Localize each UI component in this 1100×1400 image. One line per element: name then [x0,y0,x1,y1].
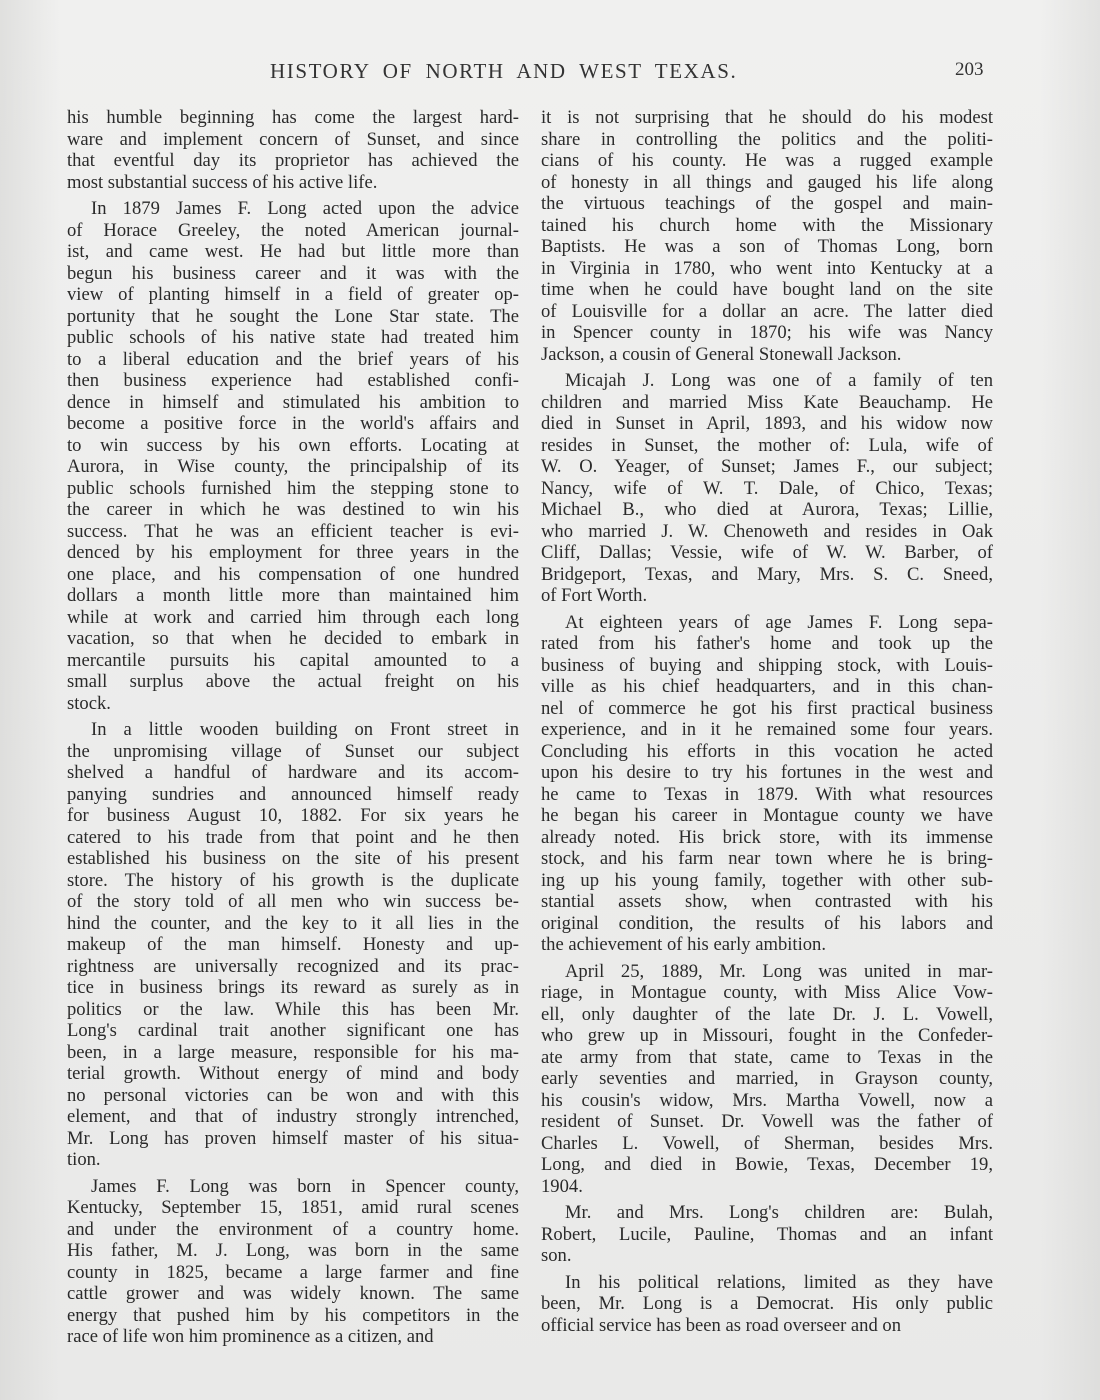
text-line: while at work and carried him through ea… [67,607,519,629]
text-line: been, in a large measure, responsible fo… [67,1042,519,1064]
text-line: early seventies and married, in Grayson … [541,1068,993,1090]
text-line: stock. [67,693,519,715]
paragraph: James F. Long was born in Spencer county… [67,1176,519,1348]
text-line: hind the counter, and the key to it all … [67,913,519,935]
text-line: Mr. and Mrs. Long's children are: Bulah, [541,1202,993,1224]
text-line: no personal victories can be won and wit… [67,1085,519,1107]
text-line: his cousin's widow, Mrs. Martha Vowell, … [541,1090,993,1112]
text-line: energy that pushed him by his competitor… [67,1305,519,1327]
text-line: Kentucky, September 15, 1851, amid rural… [67,1197,519,1219]
text-line: Concluding his efforts in this vocation … [541,741,993,763]
text-line: to a liberal education and the brief yea… [67,349,519,371]
text-line: resides in Sunset, the mother of: Lula, … [541,435,993,457]
text-line: cians of his county. He was a rugged exa… [541,150,993,172]
text-line: original condition, the results of his l… [541,913,993,935]
text-line: In 1879 James F. Long acted upon the adv… [67,198,519,220]
text-line: of the story told of all men who win suc… [67,891,519,913]
text-line: denced by his employment for three years… [67,542,519,564]
text-line: Jackson, a cousin of General Stonewall J… [541,344,993,366]
text-line: ell, only daughter of the late Dr. J. L.… [541,1004,993,1026]
book-page: HISTORY OF NORTH AND WEST TEXAS. 203 his… [0,0,1100,1400]
text-line: died in Sunset in April, 1893, and his w… [541,413,993,435]
text-line: he came to Texas in 1879. With what reso… [541,784,993,806]
text-line: tained his church home with the Missiona… [541,215,993,237]
text-line: children and married Miss Kate Beauchamp… [541,392,993,414]
left-column: his humble beginning has come the larges… [67,107,519,1353]
text-line: his humble beginning has come the larges… [67,107,519,129]
text-line: Nancy, wife of W. T. Dale, of Chico, Tex… [541,478,993,500]
text-line: Aurora, in Wise county, the principalshi… [67,456,519,478]
text-line: panying sundries and announced himself r… [67,784,519,806]
text-line: catered to his trade from that point and… [67,827,519,849]
text-line: In his political relations, limited as t… [541,1272,993,1294]
text-line: Micajah J. Long was one of a family of t… [541,370,993,392]
text-line: it is not surprising that he should do h… [541,107,993,129]
text-line: view of planting himself in a field of g… [67,284,519,306]
text-line: makeup of the man himself. Honesty and u… [67,934,519,956]
text-line: 1904. [541,1176,993,1198]
text-line: tice in business brings its reward as su… [67,977,519,999]
paragraph: In 1879 James F. Long acted upon the adv… [67,198,519,714]
text-line: most substantial success of his active l… [67,172,519,194]
right-column: it is not surprising that he should do h… [541,107,993,1341]
text-line: the achievement of his early ambition. [541,934,993,956]
page-number: 203 [955,59,984,81]
text-line: the virtuous teachings of the gospel and… [541,193,993,215]
text-line: Baptists. He was a son of Thomas Long, b… [541,236,993,258]
text-line: rated from his father's home and took up… [541,633,993,655]
text-line: shelved a handful of hardware and its ac… [67,762,519,784]
text-line: then business experience had established… [67,370,519,392]
text-line: public schools furnished him the steppin… [67,478,519,500]
text-line: of Horace Greeley, the noted American jo… [67,220,519,242]
text-line: dollars a month little more than maintai… [67,585,519,607]
text-line: been, Mr. Long is a Democrat. His only p… [541,1293,993,1315]
text-line: stock, and his farm near town where he i… [541,848,993,870]
text-line: resident of Sunset. Dr. Vowell was the f… [541,1111,993,1133]
text-line: Mr. Long has proven himself master of hi… [67,1128,519,1150]
text-line: to win success by his own efforts. Locat… [67,435,519,457]
paragraph: his humble beginning has come the larges… [67,107,519,193]
text-line: experience, and in it he remained some f… [541,719,993,741]
text-line: the career in which he was destined to w… [67,499,519,521]
text-line: business of buying and shipping stock, w… [541,655,993,677]
text-line: Charles L. Vowell, of Sherman, besides M… [541,1133,993,1155]
text-line: riage, in Montague county, with Miss Ali… [541,982,993,1004]
text-line: tion. [67,1149,519,1171]
text-line: upon his desire to try his fortunes in t… [541,762,993,784]
text-line: vacation, so that when he decided to emb… [67,628,519,650]
text-line: race of life won him prominence as a cit… [67,1326,519,1348]
text-line: small surplus above the actual freight o… [67,671,519,693]
text-line: that eventful day its proprietor has ach… [67,150,519,172]
text-line: ware and implement concern of Sunset, an… [67,129,519,151]
text-line: James F. Long was born in Spencer county… [67,1176,519,1198]
text-line: Long's cardinal trait another significan… [67,1020,519,1042]
text-line: nel of commerce he got his first practic… [541,698,993,720]
running-title: HISTORY OF NORTH AND WEST TEXAS. [270,59,737,84]
text-line: become a positive force in the world's a… [67,413,519,435]
text-line: Michael B., who died at Aurora, Texas; L… [541,499,993,521]
text-line: At eighteen years of age James F. Long s… [541,612,993,634]
text-line: ist, and came west. He had but little mo… [67,241,519,263]
text-line: His father, M. J. Long, was born in the … [67,1240,519,1262]
text-line: county in 1825, became a large farmer an… [67,1262,519,1284]
text-line: Cliff, Dallas; Vessie, wife of W. W. Bar… [541,542,993,564]
text-line: terial growth. Without energy of mind an… [67,1063,519,1085]
text-line: success. That he was an efficient teache… [67,521,519,543]
text-line: who grew up in Missouri, fought in the C… [541,1025,993,1047]
running-head: HISTORY OF NORTH AND WEST TEXAS. 203 [0,59,1100,89]
text-line: dence in himself and stimulated his ambi… [67,392,519,414]
text-line: time when he could have bought land on t… [541,279,993,301]
text-line: Robert, Lucile, Pauline, Thomas and an i… [541,1224,993,1246]
text-line: ing up his young family, together with o… [541,870,993,892]
text-line: of Fort Worth. [541,585,993,607]
text-line: and under the environment of a country h… [67,1219,519,1241]
text-line: mercantile pursuits his capital amounted… [67,650,519,672]
text-line: of Louisville for a dollar an acre. The … [541,301,993,323]
text-line: begun his business career and it was wit… [67,263,519,285]
text-line: the unpromising village of Sunset our su… [67,741,519,763]
text-line: rightness are universally recognized and… [67,956,519,978]
text-line: share in controlling the politics and th… [541,129,993,151]
paragraph: In a little wooden building on Front str… [67,719,519,1171]
text-line: Long, and died in Bowie, Texas, December… [541,1154,993,1176]
text-line: April 25, 1889, Mr. Long was united in m… [541,961,993,983]
text-line: who married J. W. Chenoweth and resides … [541,521,993,543]
text-line: cattle grower and was widely known. The … [67,1283,519,1305]
text-line: for business August 10, 1882. For six ye… [67,805,519,827]
text-line: in Virginia in 1780, who went into Kentu… [541,258,993,280]
text-line: politics or the law. While this has been… [67,999,519,1021]
text-line: public schools of his native state had t… [67,327,519,349]
text-line: store. The history of his growth is the … [67,870,519,892]
text-line: portunity that he sought the Lone Star s… [67,306,519,328]
text-line: he began his career in Montague county w… [541,805,993,827]
text-line: of honesty in all things and gauged his … [541,172,993,194]
text-line: W. O. Yeager, of Sunset; James F., our s… [541,456,993,478]
text-line: ate army from that state, came to Texas … [541,1047,993,1069]
paragraph: April 25, 1889, Mr. Long was united in m… [541,961,993,1198]
text-line: one place, and his compensation of one h… [67,564,519,586]
text-line: In a little wooden building on Front str… [67,719,519,741]
paragraph: In his political relations, limited as t… [541,1272,993,1337]
paragraph: Mr. and Mrs. Long's children are: Bulah,… [541,1202,993,1267]
text-line: Bridgeport, Texas, and Mary, Mrs. S. C. … [541,564,993,586]
paragraph: it is not surprising that he should do h… [541,107,993,365]
text-line: ville as his chief headquarters, and in … [541,676,993,698]
text-line: stantial assets show, when contrasted wi… [541,891,993,913]
text-line: in Spencer county in 1870; his wife was … [541,322,993,344]
text-line: established his business on the site of … [67,848,519,870]
paragraph: At eighteen years of age James F. Long s… [541,612,993,956]
text-line: already noted. His brick store, with its… [541,827,993,849]
paragraph: Micajah J. Long was one of a family of t… [541,370,993,607]
text-line: son. [541,1245,993,1267]
text-line: element, and that of industry strongly i… [67,1106,519,1128]
text-line: official service has been as road overse… [541,1315,993,1337]
